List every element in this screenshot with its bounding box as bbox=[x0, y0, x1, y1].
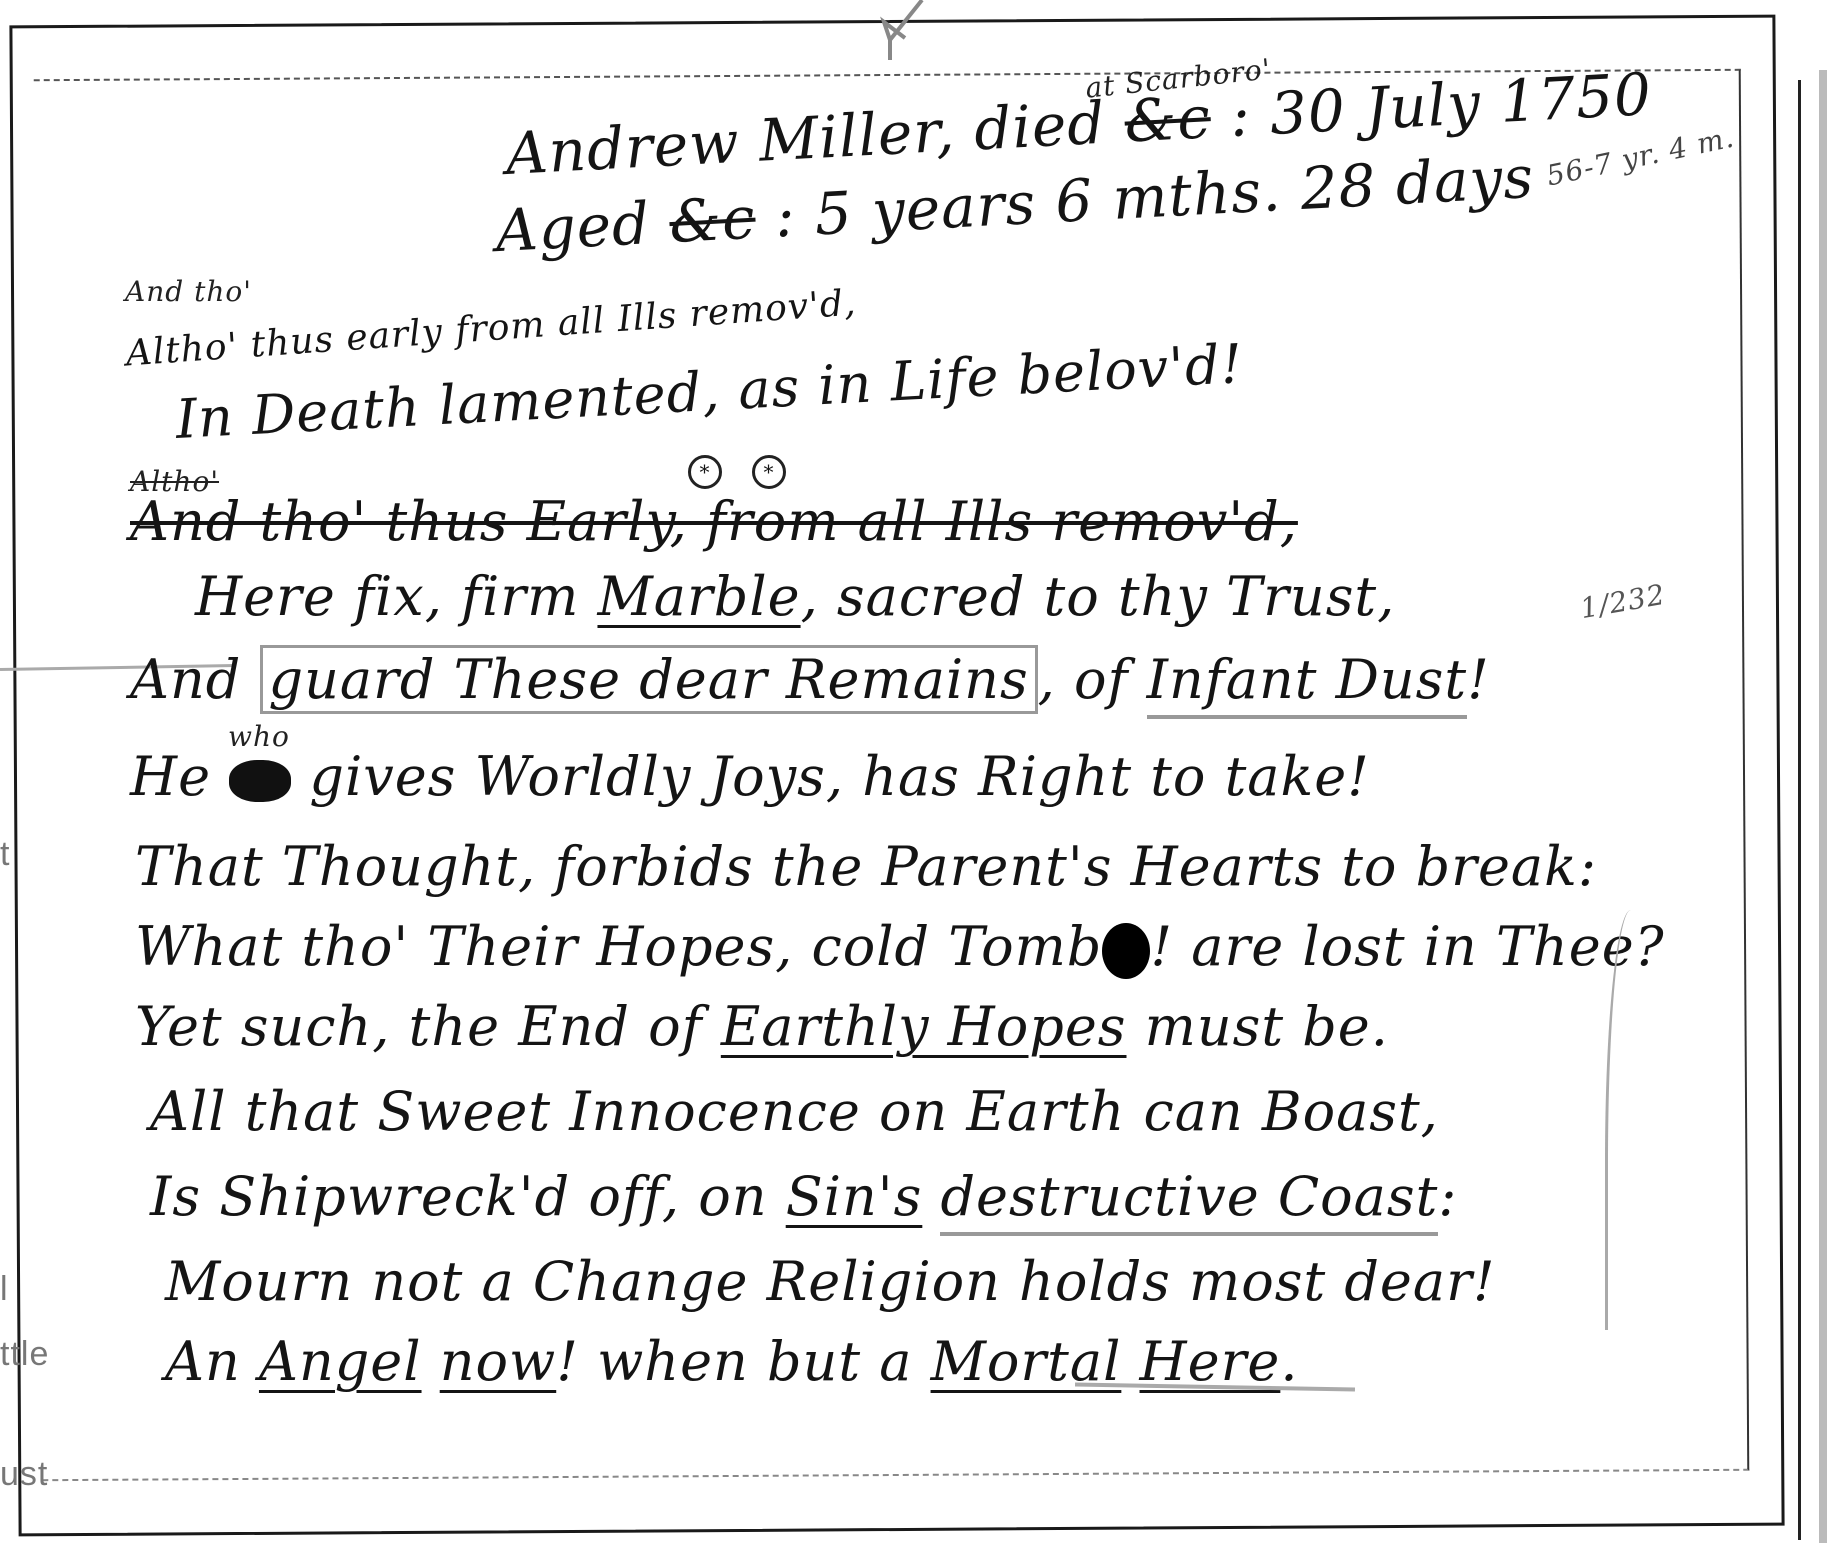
struck-verse-line: And tho' thus Early, from all Ills remov… bbox=[130, 490, 1298, 553]
ink-dot bbox=[1102, 923, 1150, 979]
struck-etc-2: &c bbox=[668, 184, 758, 256]
asterisk-mark-1: * bbox=[688, 455, 722, 489]
verse-line-11: Mourn not a Change Religion holds most d… bbox=[165, 1250, 1496, 1313]
underlined-sins: Sin's bbox=[786, 1165, 923, 1228]
verse-line-10: Is Shipwreck'd off, on Sin's destructive… bbox=[150, 1165, 1458, 1228]
underlined-now: now bbox=[440, 1330, 557, 1393]
underlined-marble: Marble bbox=[597, 565, 800, 628]
verse-line-3: Here fix, firm Marble, sacred to thy Tru… bbox=[195, 565, 1395, 628]
left-margin-fragment-4: ust bbox=[0, 1455, 48, 1494]
verse-line-6: That Thought, forbids the Parent's Heart… bbox=[135, 835, 1597, 898]
asterisk-mark-2: * bbox=[752, 455, 786, 489]
left-margin-fragment-1: t bbox=[0, 835, 10, 874]
verse-line-7: What tho' Their Hopes, cold Tomb! are lo… bbox=[135, 915, 1665, 979]
aged-word: Aged bbox=[494, 189, 652, 265]
underlined-earthly-hopes: Earthly Hopes bbox=[721, 995, 1127, 1058]
verse-line-5: He gives Worldly Joys, has Right to take… bbox=[130, 745, 1370, 808]
page-edge-shadow bbox=[1819, 70, 1827, 1543]
underlined-angel: Angel bbox=[259, 1330, 422, 1393]
revision-insert: And tho' bbox=[125, 275, 252, 308]
left-margin-fragment-3: ttle bbox=[0, 1335, 49, 1374]
verse-line-2: And tho' thus Early, from all Ills remov… bbox=[130, 490, 1298, 553]
right-rule bbox=[1798, 80, 1801, 1540]
verse-line-9: All that Sweet Innocence on Earth can Bo… bbox=[150, 1080, 1439, 1143]
verse-line-4: And guard These dear Remains, of Infant … bbox=[130, 648, 1490, 711]
pencil-arrow-mark bbox=[860, 0, 940, 70]
underlined-infant-dust: Infant Dust bbox=[1147, 648, 1467, 719]
ink-blot-scribble bbox=[229, 760, 291, 802]
boxed-phrase: guard These dear Remains bbox=[260, 645, 1038, 714]
verse-line-8: Yet such, the End of Earthly Hopes must … bbox=[135, 995, 1389, 1058]
underlined-destructive-coast: destructive Coast bbox=[940, 1165, 1438, 1236]
left-margin-fragment-2: l bbox=[0, 1270, 9, 1309]
